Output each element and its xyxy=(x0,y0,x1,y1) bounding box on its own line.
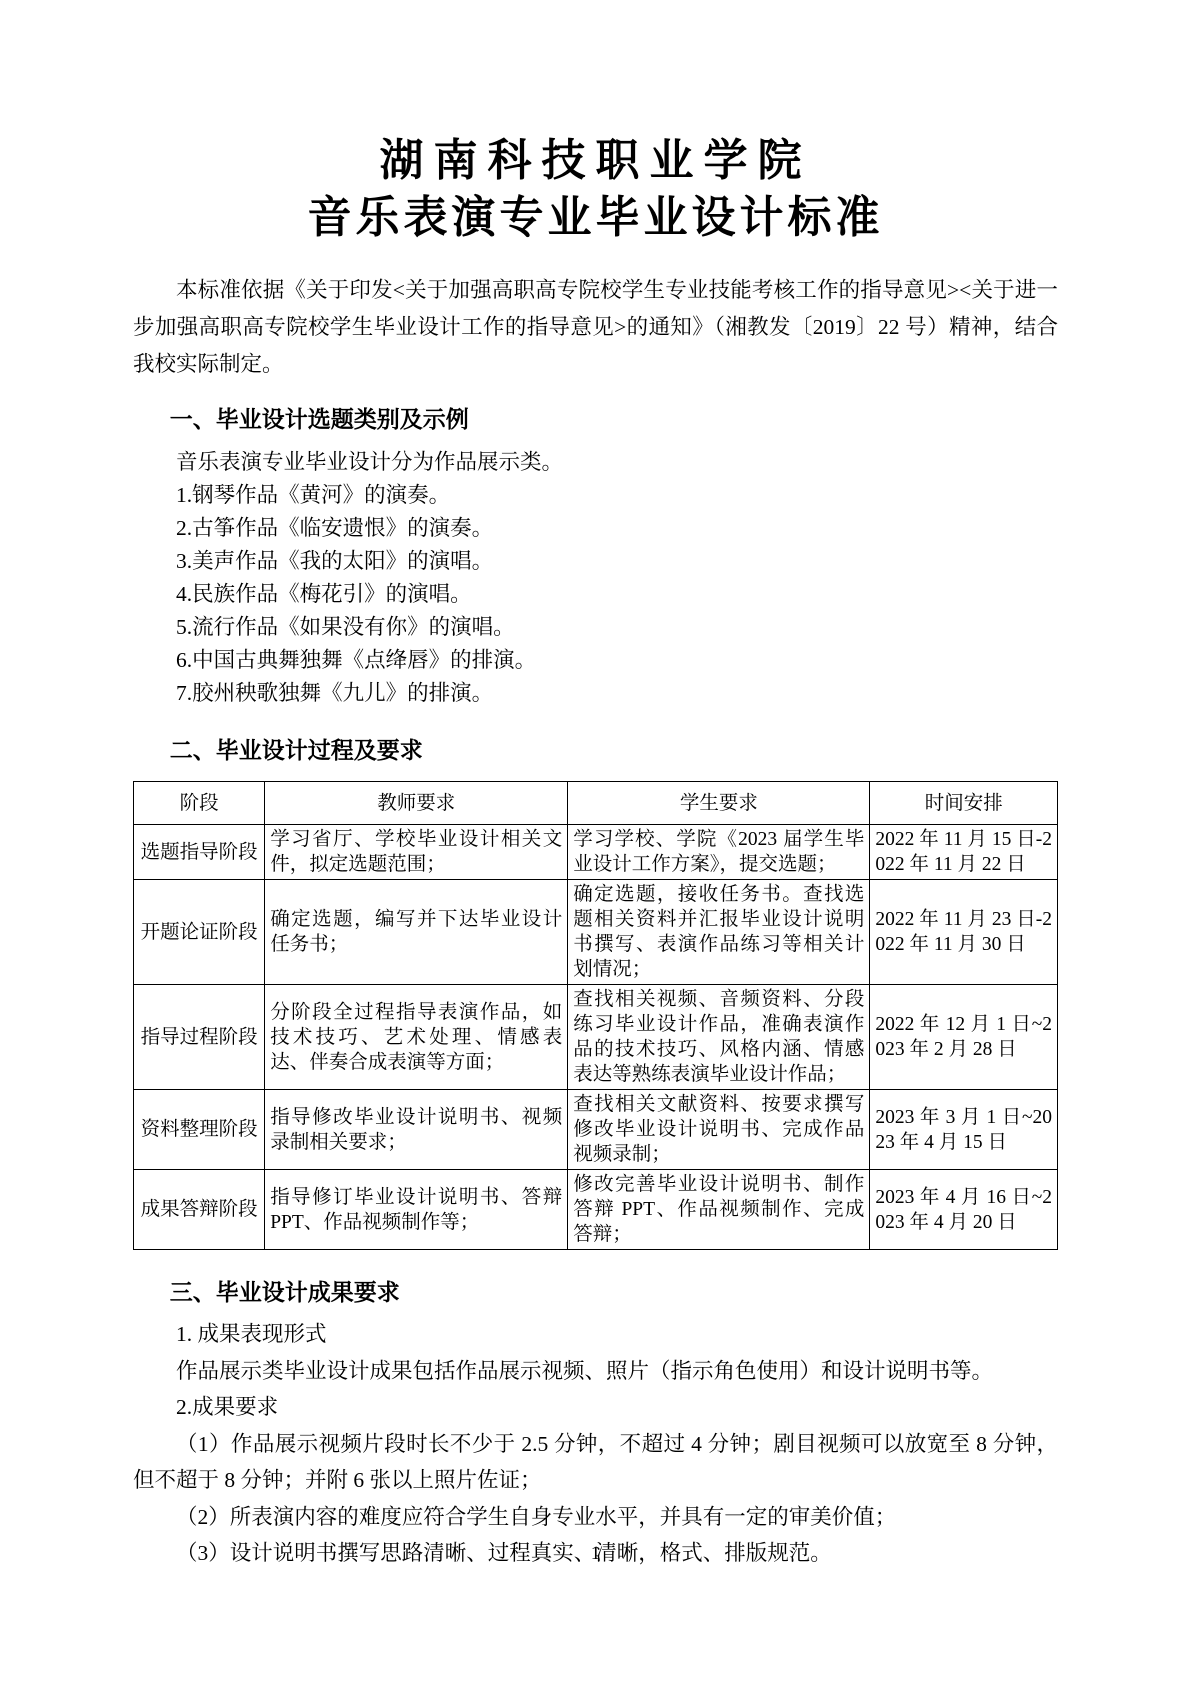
table-row: 指导过程阶段 分阶段全过程指导表演作品，如技术技巧、艺术处理、情感表达、伴奏合成… xyxy=(134,985,1058,1090)
table-cell-time: 2023 年 3 月 1 日~2023 年 4 月 15 日 xyxy=(870,1090,1058,1170)
document-page: 湖南科技职业学院 音乐表演专业毕业设计标准 本标准依据《关于印发<关于加强高职高… xyxy=(0,0,1191,1684)
table-header-student: 学生要求 xyxy=(568,782,870,825)
process-requirements-table: 阶段 教师要求 学生要求 时间安排 选题指导阶段 学习省厅、学校毕业设计相关文件… xyxy=(133,781,1058,1250)
list-item: 7.胶州秧歌独舞《九儿》的排演。 xyxy=(133,677,1058,710)
table-cell-teacher: 指导修改毕业设计说明书、视频录制相关要求； xyxy=(265,1090,568,1170)
table-row: 资料整理阶段 指导修改毕业设计说明书、视频录制相关要求； 查找相关文献资料、按要… xyxy=(134,1090,1058,1170)
list-item: 6.中国古典舞独舞《点绛唇》的排演。 xyxy=(133,644,1058,677)
section2-heading: 二、毕业设计过程及要求 xyxy=(133,734,1058,766)
table-cell-student: 修改完善毕业设计说明书、制作答辩 PPT、作品视频制作、完成答辩； xyxy=(568,1170,870,1250)
section1-heading: 一、毕业设计选题类别及示例 xyxy=(133,403,1058,435)
table-cell-time: 2023 年 4 月 16 日~2023 年 4 月 20 日 xyxy=(870,1170,1058,1250)
table-row: 选题指导阶段 学习省厅、学校毕业设计相关文件，拟定选题范围； 学习学校、学院《2… xyxy=(134,825,1058,880)
table-cell-teacher: 确定选题，编写并下达毕业设计任务书； xyxy=(265,880,568,985)
section3-paragraph3: （2）所表演内容的难度应符合学生自身专业水平，并具有一定的审美价值； xyxy=(133,1499,1058,1536)
table-cell-stage: 成果答辩阶段 xyxy=(134,1170,265,1250)
table-header-teacher: 教师要求 xyxy=(265,782,568,825)
table-cell-stage: 资料整理阶段 xyxy=(134,1090,265,1170)
table-cell-teacher: 指导修订毕业设计说明书、答辩 PPT、作品视频制作等； xyxy=(265,1170,568,1250)
section3-sub2: 2.成果要求 xyxy=(133,1389,1058,1426)
table-cell-time: 2022 年 11 月 23 日-2022 年 11 月 30 日 xyxy=(870,880,1058,985)
table-header-stage: 阶段 xyxy=(134,782,265,825)
table-header-time: 时间安排 xyxy=(870,782,1058,825)
topic-example-list: 1.钢琴作品《黄河》的演奏。 2.古筝作品《临安遗恨》的演奏。 3.美声作品《我… xyxy=(133,479,1058,710)
table-row: 成果答辩阶段 指导修订毕业设计说明书、答辩 PPT、作品视频制作等； 修改完善毕… xyxy=(134,1170,1058,1250)
table-cell-time: 2022 年 12 月 1 日~2023 年 2 月 28 日 xyxy=(870,985,1058,1090)
section3-heading: 三、毕业设计成果要求 xyxy=(133,1276,1058,1308)
section1-lead: 音乐表演专业毕业设计分为作品展示类。 xyxy=(133,446,1058,479)
list-item: 3.美声作品《我的太阳》的演唱。 xyxy=(133,545,1058,578)
table-header-row: 阶段 教师要求 学生要求 时间安排 xyxy=(134,782,1058,825)
table-cell-student: 确定选题，接收任务书。查找选题相关资料并汇报毕业设计说明书撰写、表演作品练习等相… xyxy=(568,880,870,985)
table-cell-stage: 选题指导阶段 xyxy=(134,825,265,880)
table-cell-stage: 指导过程阶段 xyxy=(134,985,265,1090)
page-number: 1 xyxy=(0,1543,1191,1565)
section3-paragraph2: （1）作品展示视频片段时长不少于 2.5 分钟，不超过 4 分钟；剧目视频可以放… xyxy=(133,1426,1058,1499)
list-item: 1.钢琴作品《黄河》的演奏。 xyxy=(133,479,1058,512)
doc-title-line1: 湖南科技职业学院 xyxy=(133,132,1058,189)
table-cell-student: 查找相关文献资料、按要求撰写修改毕业设计说明书、完成作品视频录制； xyxy=(568,1090,870,1170)
table-cell-stage: 开题论证阶段 xyxy=(134,880,265,985)
intro-paragraph: 本标准依据《关于印发<关于加强高职高专院校学生专业技能考核工作的指导意见><关于… xyxy=(133,272,1058,383)
table-cell-teacher: 分阶段全过程指导表演作品，如技术技巧、艺术处理、情感表达、伴奏合成表演等方面； xyxy=(265,985,568,1090)
list-item: 2.古筝作品《临安遗恨》的演奏。 xyxy=(133,512,1058,545)
list-item: 5.流行作品《如果没有你》的演唱。 xyxy=(133,611,1058,644)
list-item: 4.民族作品《梅花引》的演唱。 xyxy=(133,578,1058,611)
table-cell-student: 查找相关视频、音频资料、分段练习毕业设计作品，准确表演作品的技术技巧、风格内涵、… xyxy=(568,985,870,1090)
section3-sub1: 1. 成果表现形式 xyxy=(133,1316,1058,1353)
table-cell-student: 学习学校、学院《2023 届学生毕业设计工作方案》，提交选题； xyxy=(568,825,870,880)
doc-title: 湖南科技职业学院 音乐表演专业毕业设计标准 xyxy=(133,132,1058,246)
section3-paragraph1: 作品展示类毕业设计成果包括作品展示视频、照片（指示角色使用）和设计说明书等。 xyxy=(133,1353,1058,1390)
table-row: 开题论证阶段 确定选题，编写并下达毕业设计任务书； 确定选题，接收任务书。查找选… xyxy=(134,880,1058,985)
table-cell-time: 2022 年 11 月 15 日-2022 年 11 月 22 日 xyxy=(870,825,1058,880)
table-cell-teacher: 学习省厅、学校毕业设计相关文件，拟定选题范围； xyxy=(265,825,568,880)
doc-title-line2: 音乐表演专业毕业设计标准 xyxy=(133,189,1058,246)
